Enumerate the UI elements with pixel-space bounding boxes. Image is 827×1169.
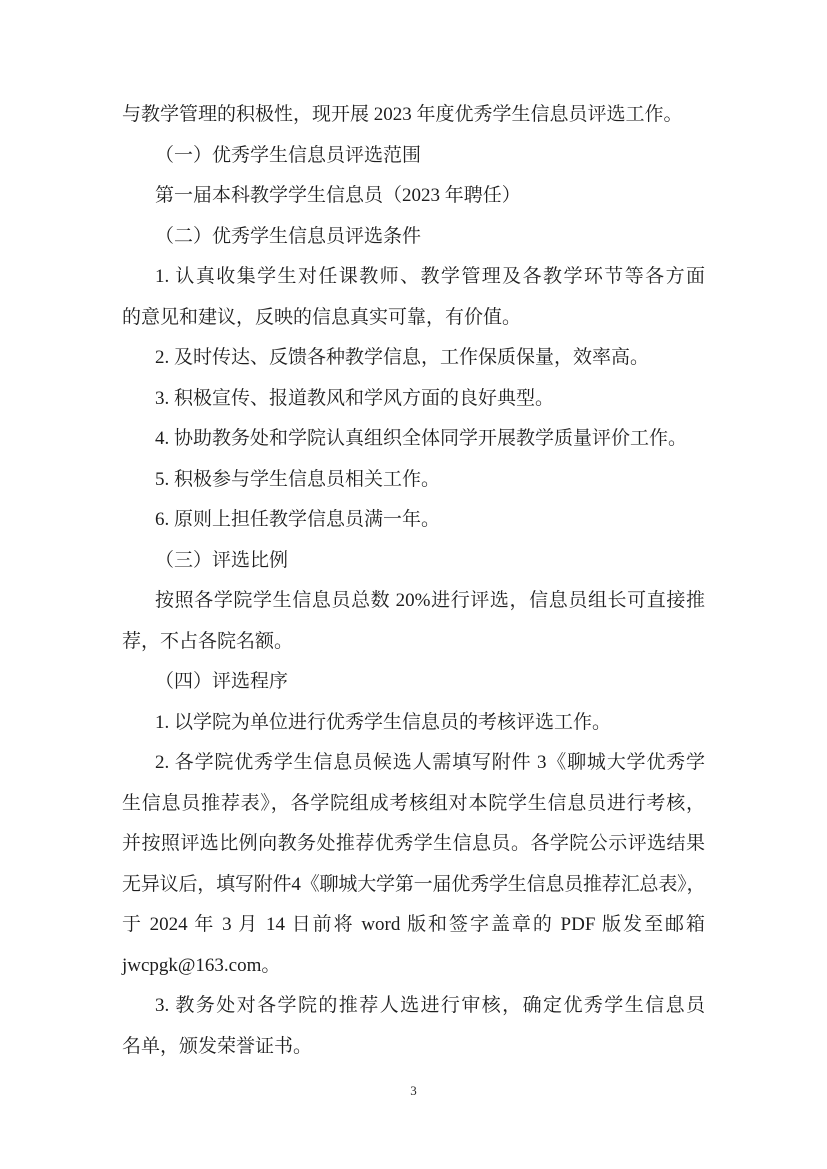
text-line: 并按照评选比例向教务处推荐优秀学生信息员。各学院公示评选结果 <box>122 824 705 865</box>
text-line: （四）评选程序 <box>122 662 705 703</box>
text-line: 1. 以学院为单位进行优秀学生信息员的考核评选工作。 <box>122 703 705 744</box>
text-line: （三）评选比例 <box>122 541 705 582</box>
text-line: 5. 积极参与学生信息员相关工作。 <box>122 460 705 501</box>
text-line: 第一届本科教学学生信息员（2023 年聘任） <box>122 176 705 217</box>
text-line: 生信息员推荐表》，各学院组成考核组对本院学生信息员进行考核， <box>122 784 705 825</box>
text-line: （二）优秀学生信息员评选条件 <box>122 217 705 258</box>
text-line: 荐，不占各院名额。 <box>122 622 705 663</box>
text-line: 与教学管理的积极性，现开展 2023 年度优秀学生信息员评选工作。 <box>122 95 705 136</box>
text-line: 2. 各学院优秀学生信息员候选人需填写附件 3《聊城大学优秀学 <box>122 743 705 784</box>
page-number: 3 <box>0 1083 827 1099</box>
text-line: 2. 及时传达、反馈各种教学信息，工作保质保量，效率高。 <box>122 338 705 379</box>
text-line: （一）优秀学生信息员评选范围 <box>122 136 705 177</box>
text-line: 无异议后，填写附件4《聊城大学第一届优秀学生信息员推荐汇总表》， <box>122 865 705 906</box>
document-page: 与教学管理的积极性，现开展 2023 年度优秀学生信息员评选工作。 （一）优秀学… <box>0 0 827 1169</box>
text-line: 6. 原则上担任教学信息员满一年。 <box>122 500 705 541</box>
text-line: 3. 积极宣传、报道教风和学风方面的良好典型。 <box>122 379 705 420</box>
text-line: 按照各学院学生信息员总数 20%进行评选，信息员组长可直接推 <box>122 581 705 622</box>
document-body: 与教学管理的积极性，现开展 2023 年度优秀学生信息员评选工作。 （一）优秀学… <box>122 95 705 1067</box>
text-line: 4. 协助教务处和学院认真组织全体同学开展教学质量评价工作。 <box>122 419 705 460</box>
text-line: 于 2024 年 3 月 14 日前将 word 版和签字盖章的 PDF 版发至… <box>122 905 705 946</box>
text-line: 名单，颁发荣誉证书。 <box>122 1027 705 1068</box>
text-line: 的意见和建议，反映的信息真实可靠，有价值。 <box>122 298 705 339</box>
text-line: 1. 认真收集学生对任课教师、教学管理及各教学环节等各方面 <box>122 257 705 298</box>
text-line: jwcpgk@163.com。 <box>122 946 705 987</box>
text-line: 3. 教务处对各学院的推荐人选进行审核，确定优秀学生信息员 <box>122 986 705 1027</box>
